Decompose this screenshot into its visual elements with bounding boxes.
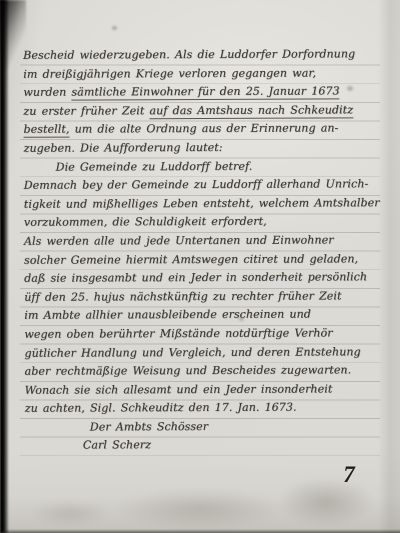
handwritten-text: wurden <box>23 86 71 99</box>
manuscript-line: Wonach sie sich allesamt und ein Jeder i… <box>25 380 381 400</box>
handwritten-text: zu erster früher Zeit <box>23 104 149 118</box>
manuscript-line: Carl Scherz <box>25 436 381 456</box>
handwritten-text: Wonach sie sich allesamt und ein Jeder i… <box>25 382 333 396</box>
photo-edge-corner <box>0 0 26 70</box>
underlined-handwritten-text: auf das Amtshaus nach Schkeuditz <box>149 103 353 119</box>
manuscript-line: im Ambte allhier unausbleibende erschein… <box>24 306 380 326</box>
manuscript-text: Bescheid wiederzugeben. Als die Luddorfe… <box>23 45 381 456</box>
handwritten-text: im Ambte allhier unausbleibende erschein… <box>24 308 311 322</box>
handwritten-text: Als werden alle und jede Untertanen und … <box>24 233 334 247</box>
handwritten-text: tigkeit und mißhelliges Leben entsteht, … <box>24 196 380 211</box>
manuscript-line: Demnach bey der Gemeinde zu Luddorff all… <box>24 175 380 195</box>
manuscript-line: daß sie insgesambt und ein Jeder in sond… <box>24 268 380 288</box>
manuscript-line: gütlicher Handlung und Vergleich, und de… <box>24 343 380 363</box>
manuscript-line: aber rechtmäßige Weisung und Bescheides … <box>24 361 380 381</box>
handwritten-text: wegen oben berührter Mißstände notdürfti… <box>24 326 332 340</box>
underlined-handwritten-text: bestellt, <box>23 123 69 138</box>
handwritten-text: Die Gemeinde zu Luddorff betref. <box>56 159 253 173</box>
page-curve-shadow <box>378 0 400 533</box>
speck <box>112 26 117 30</box>
photo-edge-bottom <box>0 529 400 533</box>
manuscript-line: Bescheid wiederzugeben. Als die Luddorfe… <box>23 45 379 65</box>
manuscript-line: üff den 25. hujus nächstkünftig zu recht… <box>24 287 380 307</box>
manuscript-line: Der Ambts Schösser <box>25 417 381 437</box>
handwritten-text: Bescheid wiederzugeben. Als die Luddorfe… <box>23 47 355 61</box>
handwritten-text: vorzukommen, die Schuldigkeit erfordert, <box>24 215 267 229</box>
handwritten-text: üff den 25. hujus nächstkünftig zu recht… <box>24 289 341 303</box>
photo-edge-left <box>0 0 9 533</box>
manuscript-line: zu achten, Sigl. Schkeuditz den 17. Jan.… <box>25 399 381 419</box>
handwritten-text: gütlicher Handlung und Vergleich, und de… <box>24 345 360 359</box>
handwritten-text: im dreißigjährigen Kriege verloren gegan… <box>23 66 316 80</box>
manuscript-line: zu erster früher Zeit auf das Amtshaus n… <box>23 101 379 121</box>
manuscript-line: wurden sämtliche Einwohner für den 25. J… <box>23 82 379 102</box>
handwritten-text: solcher Gemeine hiermit Amtswegen citire… <box>24 252 358 266</box>
stain <box>115 488 285 530</box>
manuscript-line: zugeben. Die Aufforderung lautet: <box>24 138 380 158</box>
manuscript-line: solcher Gemeine hiermit Amtswegen citire… <box>24 250 380 270</box>
handwritten-text: Der Ambts Schösser <box>90 420 208 434</box>
manuscript-line: vorzukommen, die Schuldigkeit erfordert, <box>24 213 380 233</box>
manuscript-line: wegen oben berührter Mißstände notdürfti… <box>24 324 380 344</box>
manuscript-line: bestellt, um die alte Ordnung aus der Er… <box>23 120 379 140</box>
handwritten-text: zugeben. Die Aufforderung lautet: <box>24 141 223 155</box>
stain <box>30 500 110 526</box>
handwritten-text: Demnach bey der Gemeinde zu Luddorff all… <box>24 177 369 192</box>
manuscript-line: im dreißigjährigen Kriege verloren gegan… <box>23 64 379 84</box>
manuscript-line: Als werden alle und jede Untertanen und … <box>24 231 380 251</box>
handwritten-text: Carl Scherz <box>83 439 151 452</box>
manuscript-line: tigkeit und mißhelliges Leben entsteht, … <box>24 194 380 214</box>
handwritten-text: daß sie insgesambt und ein Jeder in sond… <box>24 270 367 284</box>
page-number: 7 <box>334 462 364 488</box>
underlined-handwritten-text: sämtliche Einwohner für den 25. Januar 1… <box>71 85 339 101</box>
handwritten-text: zu achten, Sigl. Schkeuditz den 17. Jan.… <box>25 401 297 415</box>
manuscript-line: Die Gemeinde zu Luddorff betref. <box>24 157 380 177</box>
manuscript-photo: Bescheid wiederzugeben. Als die Luddorfe… <box>0 0 400 533</box>
handwritten-text: aber rechtmäßige Weisung und Bescheides … <box>24 363 351 377</box>
handwritten-text: um die alte Ordnung aus der Erinnerung a… <box>69 122 338 136</box>
